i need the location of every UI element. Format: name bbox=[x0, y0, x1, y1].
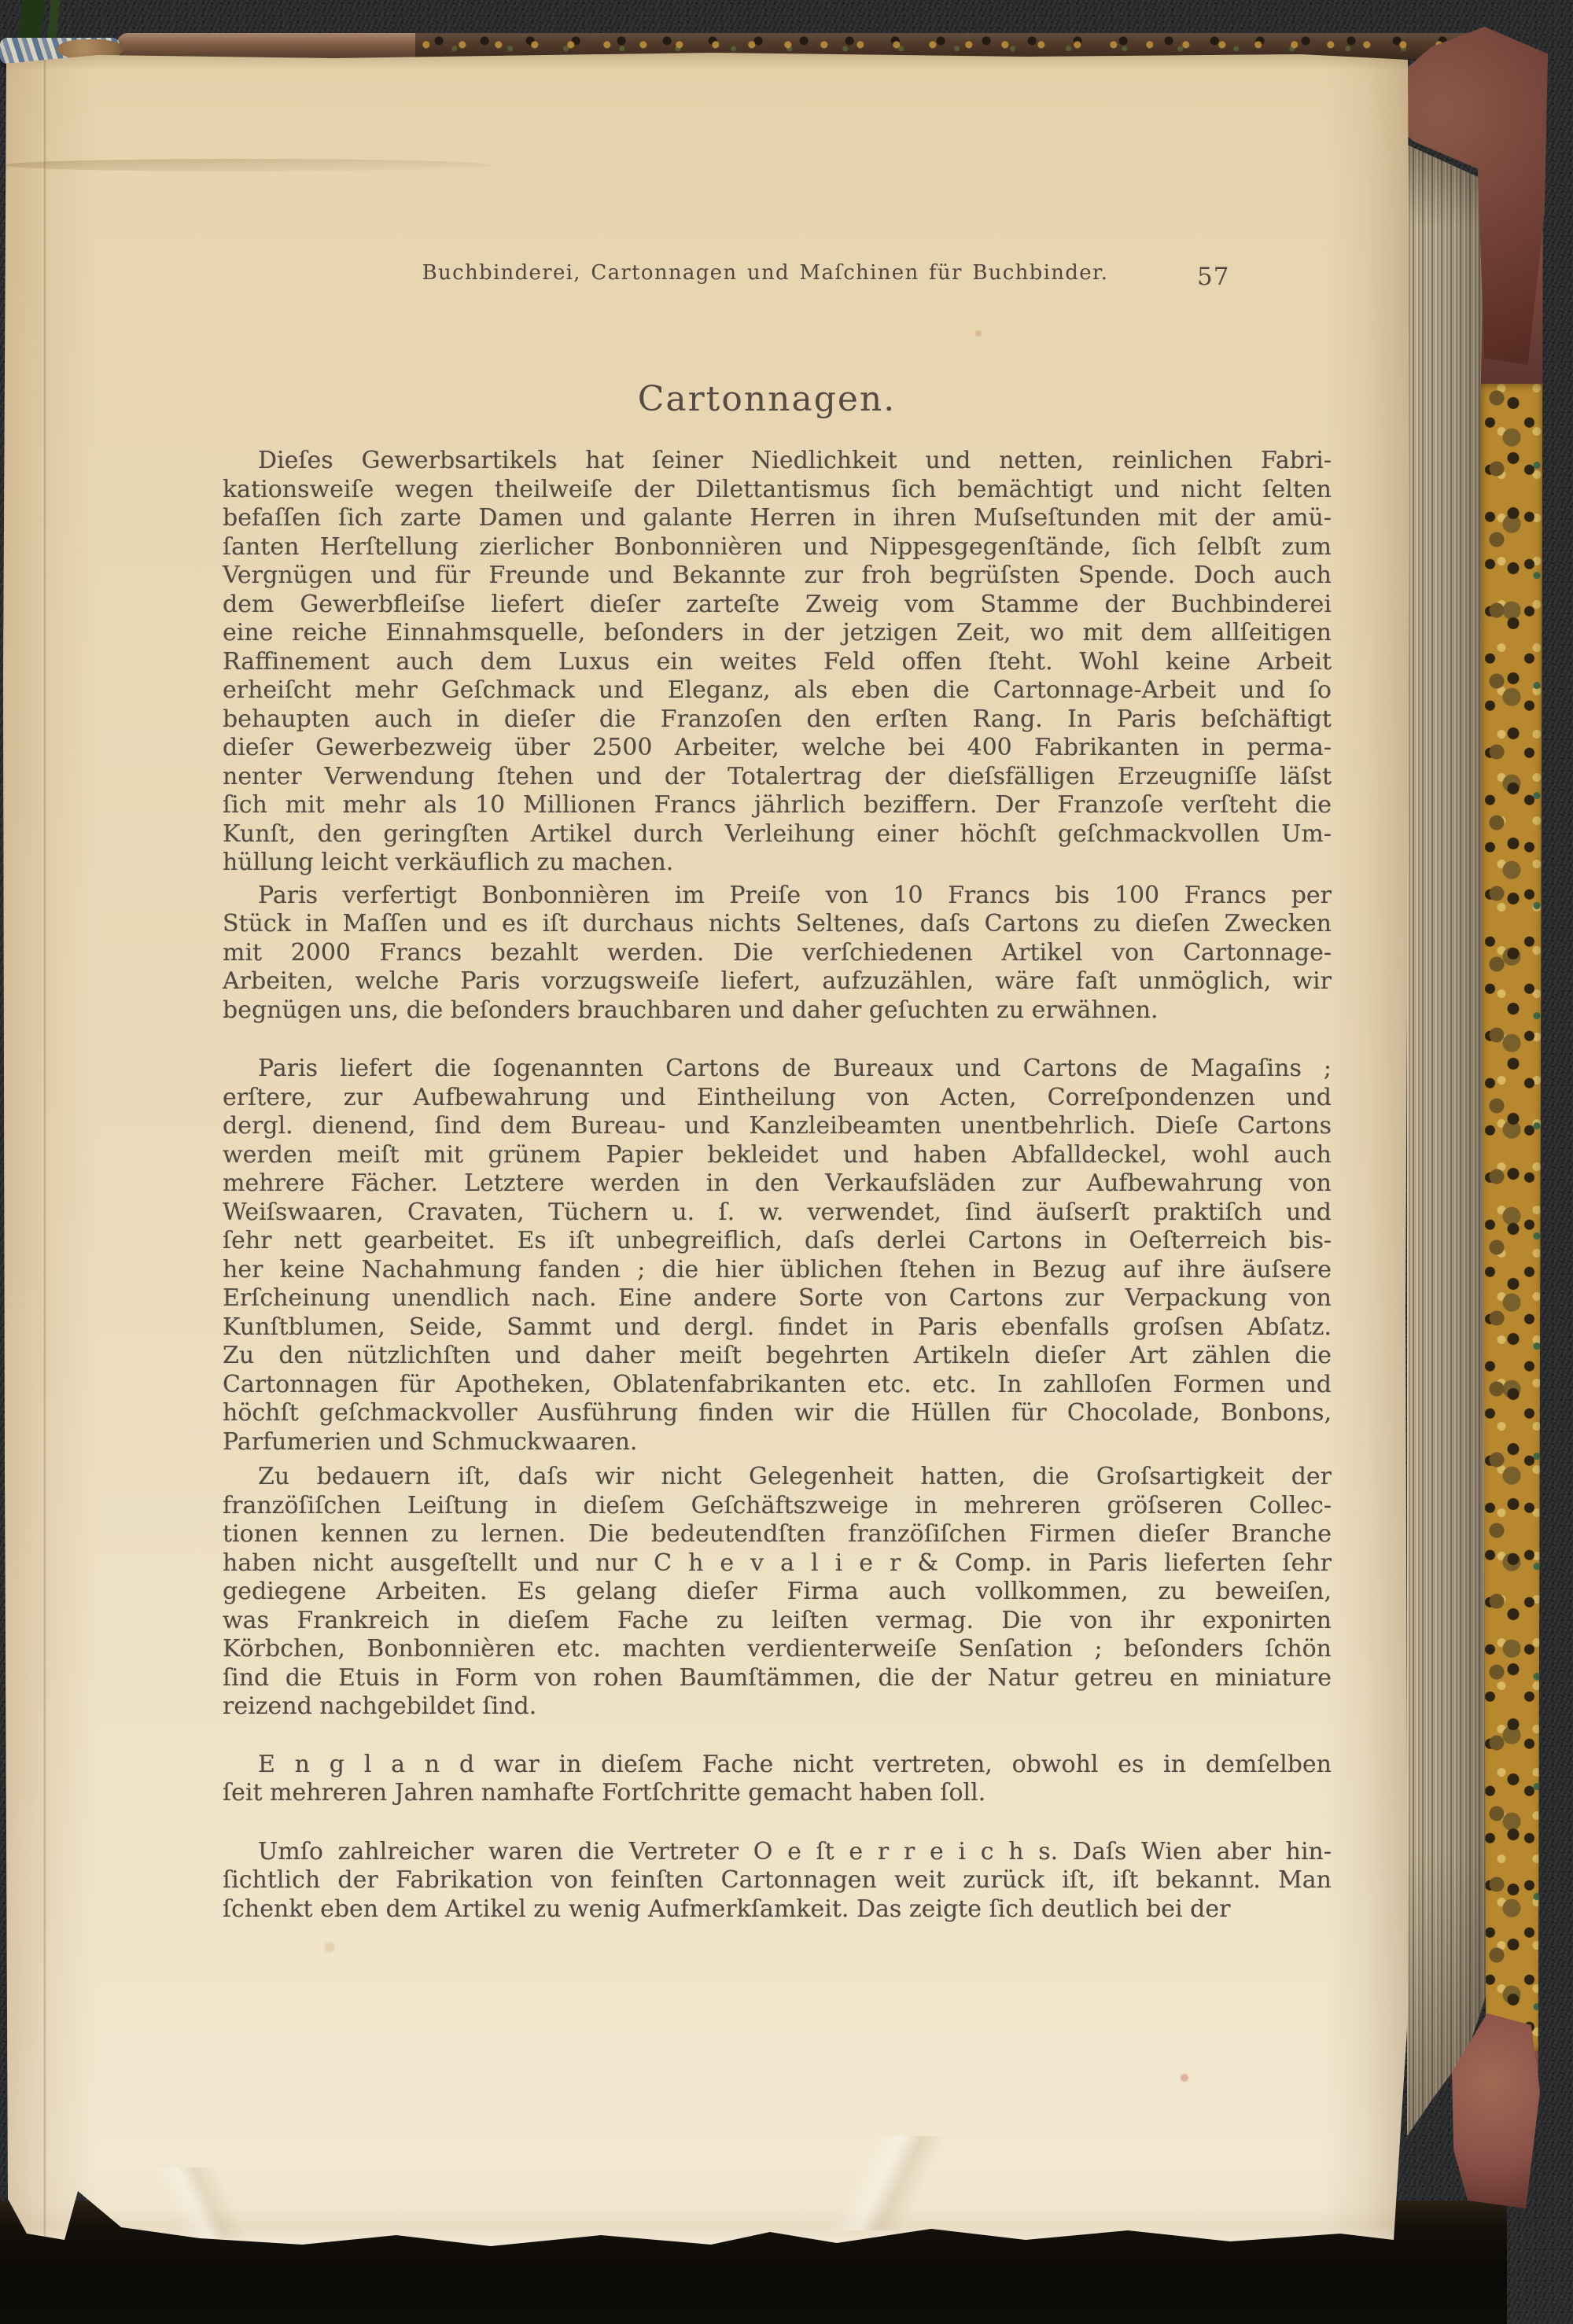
text-line: dieſer Gewerbezweig über 2500 Arbeiter, … bbox=[223, 734, 1332, 763]
text-line: Parfumerien und Schmuckwaaren. bbox=[223, 1428, 1332, 1457]
text-line: ſind die Etuis in Form von rohen Baumſtä… bbox=[223, 1664, 1332, 1693]
paragraph: Paris liefert die ſogenannten Cartons de… bbox=[223, 1055, 1332, 1457]
text-line: ſehr nett gearbeitet. Es iſt unbegreifli… bbox=[223, 1227, 1332, 1256]
text-line: erſtere, zur Aufbewahrung und Eintheilun… bbox=[223, 1084, 1332, 1113]
text-line: Kunſt, den geringſten Artikel durch Verl… bbox=[223, 820, 1332, 849]
book-page: Buchbinderei, Cartonnagen und Maſchinen … bbox=[3, 50, 1409, 2254]
running-header: Buchbinderei, Cartonnagen und Maſchinen … bbox=[223, 261, 1332, 297]
text-block: Dieſes Gewerbsartikels hat ſeiner Niedli… bbox=[223, 447, 1332, 1924]
text-line: E n g l a n d war in dieſem Fache nicht … bbox=[223, 1751, 1332, 1780]
text-line: ſich mit mehr als 10 Millionen Francs jä… bbox=[223, 791, 1332, 820]
text-line: ſeit mehreren Jahren namhafte Fortſchrit… bbox=[223, 1779, 1332, 1808]
text-line: werden meiſt mit grünem Papier bekleidet… bbox=[223, 1141, 1332, 1170]
text-line: Paris verfertigt Bonbonnièren im Preiſe … bbox=[223, 882, 1332, 911]
text-line: Umſo zahlreicher waren die Vertreter O e… bbox=[223, 1838, 1332, 1867]
text-line: höchſt geſchmackvoller Ausführung finden… bbox=[223, 1399, 1332, 1428]
text-line: haben nicht ausgeſtellt und nur C h e v … bbox=[223, 1549, 1332, 1578]
paragraph: Umſo zahlreicher waren die Vertreter O e… bbox=[223, 1838, 1332, 1924]
text-line: nenter Verwendung ſtehen und der Totaler… bbox=[223, 763, 1332, 792]
text-line: behaupten auch in dieſer die Franzoſen d… bbox=[223, 705, 1332, 735]
paragraph: Paris verfertigt Bonbonnièren im Preiſe … bbox=[223, 882, 1332, 1026]
text-line: hüllung leicht verkäuflich zu machen. bbox=[223, 849, 1332, 878]
text-line: gediegene Arbeiten. Es gelang dieſer Fir… bbox=[223, 1578, 1332, 1607]
text-line: Zu bedauern iſt, daſs wir nicht Gelegenh… bbox=[223, 1463, 1332, 1492]
text-line: dergl. dienend, ſind dem Bureau- und Kan… bbox=[223, 1112, 1332, 1141]
page-number: 57 bbox=[1197, 263, 1229, 291]
text-line: reizend nachgebildet ſind. bbox=[223, 1692, 1332, 1722]
text-line: eine reiche Einnahmsquelle, beſonders in… bbox=[223, 619, 1332, 648]
text-line: Arbeiten, welche Paris vorzugsweiſe lief… bbox=[223, 967, 1332, 996]
text-line: befaſſen ſich zarte Damen und galante He… bbox=[223, 504, 1332, 533]
text-line: mit 2000 Francs bezahlt werden. Die verſ… bbox=[223, 939, 1332, 968]
text-line: Erſcheinung unendlich nach. Eine andere … bbox=[223, 1284, 1332, 1313]
text-line: Cartonnagen für Apotheken, Oblatenfabrik… bbox=[223, 1371, 1332, 1400]
text-line: ſchenkt eben dem Artikel zu wenig Aufmer… bbox=[223, 1895, 1332, 1924]
text-line: Vergnügen und für Freunde und Bekannte z… bbox=[223, 562, 1332, 591]
text-line: tionen kennen zu lernen. Die bedeutendſt… bbox=[223, 1520, 1332, 1549]
text-line: Zu den nützlichſten und daher meiſt bege… bbox=[223, 1342, 1332, 1371]
text-line: ſichtlich der Fabrikation von feinſten C… bbox=[223, 1866, 1332, 1895]
text-line: was Frankreich in dieſem Fache zu leiſte… bbox=[223, 1607, 1332, 1636]
running-title: Buchbinderei, Cartonnagen und Maſchinen … bbox=[223, 261, 1332, 285]
text-line: dem Gewerbfleiſse liefert dieſer zarteſt… bbox=[223, 591, 1332, 620]
text-line: Paris liefert die ſogenannten Cartons de… bbox=[223, 1055, 1332, 1084]
text-line: kationsweiſe wegen theilweiſe der Dilett… bbox=[223, 476, 1332, 505]
section-title: Cartonnagen. bbox=[223, 379, 1332, 419]
paragraph: Zu bedauern iſt, daſs wir nicht Gelegenh… bbox=[223, 1463, 1332, 1722]
scanned-book-page: Buchbinderei, Cartonnagen und Maſchinen … bbox=[0, 0, 1573, 2324]
text-line: Körbchen, Bonbonnièren etc. machten verd… bbox=[223, 1635, 1332, 1664]
text-line: her keine Nachahmung fanden ; die hier ü… bbox=[223, 1256, 1332, 1285]
background-green-sliver bbox=[46, 0, 60, 41]
text-line: Weiſswaaren, Cravaten, Tüchern u. ſ. w. … bbox=[223, 1199, 1332, 1228]
cover-marbled-paper bbox=[1480, 384, 1543, 2051]
text-line: Raffinement auch dem Luxus ein weites Fe… bbox=[223, 648, 1332, 677]
book-cover-edge bbox=[1480, 101, 1543, 2208]
text-line: Kunſtblumen, Seide, Sammt und dergl. fin… bbox=[223, 1313, 1332, 1342]
text-line: Stück in Maſſen und es iſt durchaus nich… bbox=[223, 910, 1332, 939]
text-line: erheiſcht mehr Geſchmack und Eleganz, al… bbox=[223, 676, 1332, 705]
text-line: franzöſiſchen Leiſtung in dieſem Geſchäf… bbox=[223, 1492, 1332, 1521]
text-line: mehrere Fächer. Letztere werden in den V… bbox=[223, 1169, 1332, 1199]
paragraph: E n g l a n d war in dieſem Fache nicht … bbox=[223, 1751, 1332, 1808]
paragraph: Dieſes Gewerbsartikels hat ſeiner Niedli… bbox=[223, 447, 1332, 878]
text-line: ſanten Herſtellung zierlicher Bonbonnièr… bbox=[223, 533, 1332, 562]
text-line: Dieſes Gewerbsartikels hat ſeiner Niedli… bbox=[223, 447, 1332, 476]
text-line: begnügen uns, die beſonders brauchbaren … bbox=[223, 996, 1332, 1026]
